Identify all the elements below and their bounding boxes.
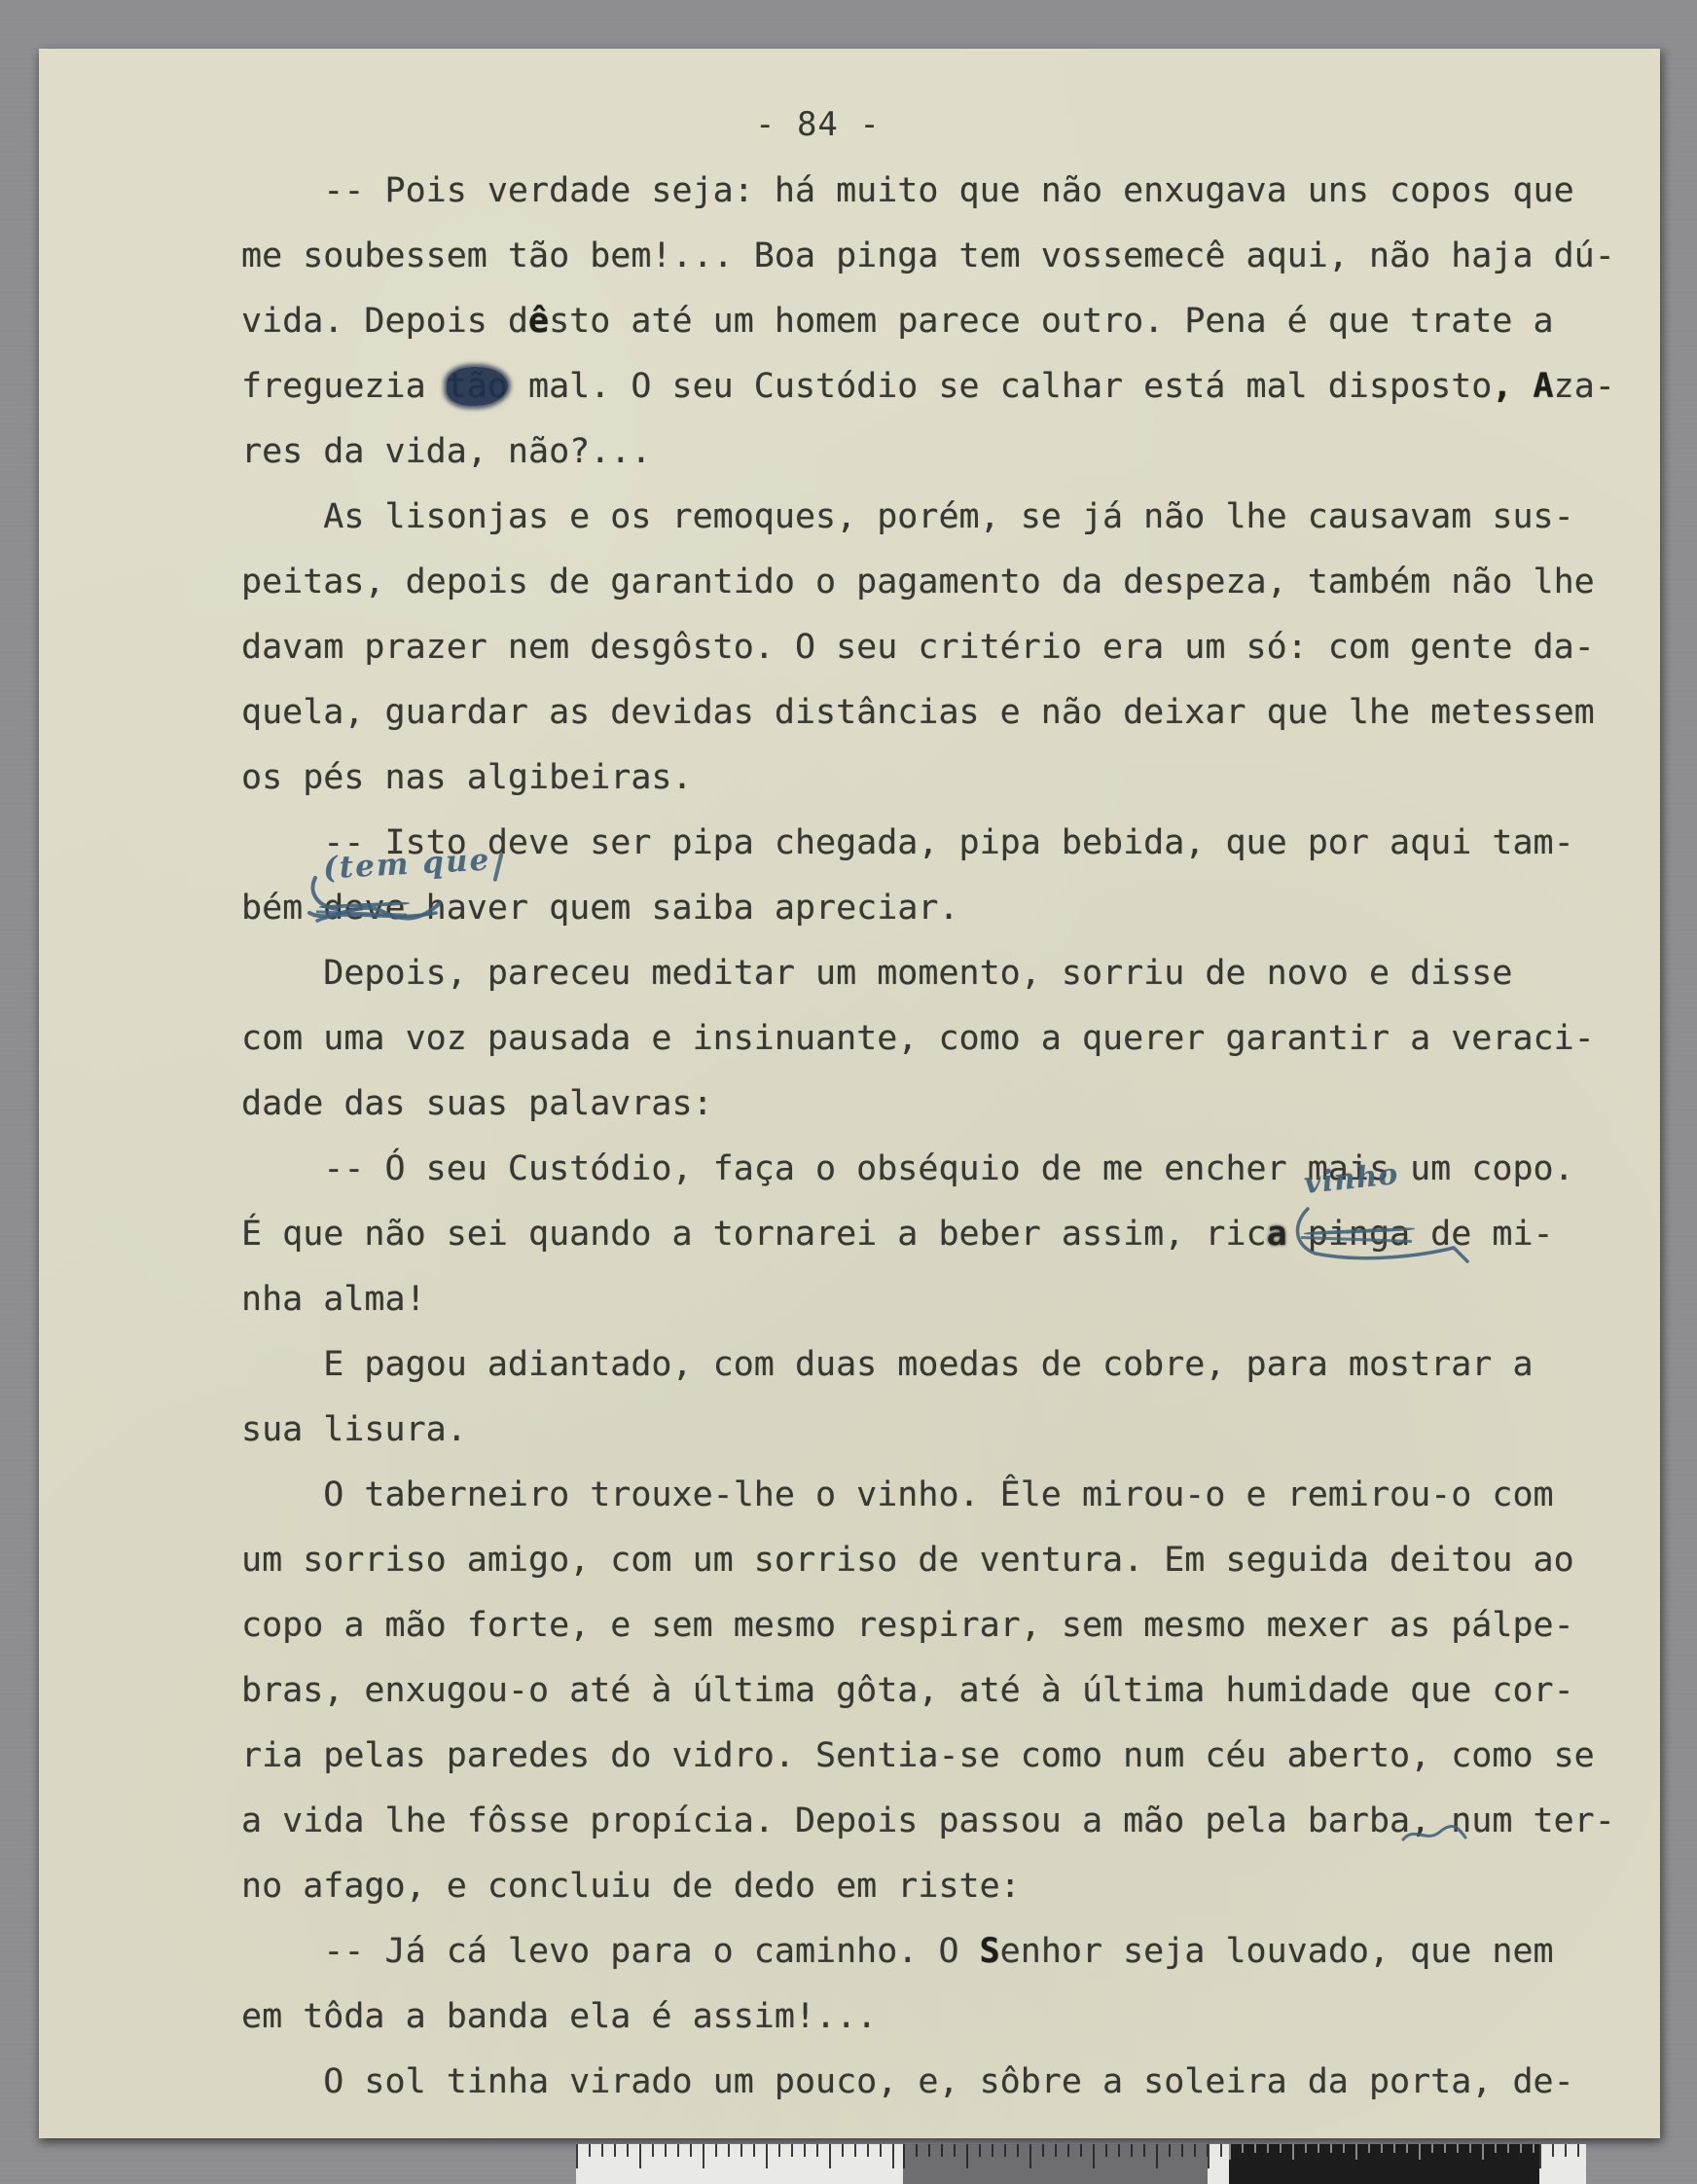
text-line: res da vida, não?...: [241, 431, 651, 472]
text-line: em tôda a banda ela é assim!...: [241, 1996, 877, 2037]
text-line: Depois, pareceu meditar um momento, sorr…: [241, 953, 1512, 994]
calibration-ruler: [576, 2144, 1586, 2184]
text-line: ria pelas paredes do vidro. Sentia-se co…: [241, 1735, 1595, 1776]
ruler-segment-black: [1229, 2144, 1539, 2184]
text-line: copo a mão forte, e sem mesmo respirar, …: [241, 1605, 1574, 1646]
text-line: no afago, e concluiu de dedo em riste:: [241, 1866, 1021, 1907]
text-line: bras, enxugou-o até à última gôta, até à…: [241, 1670, 1574, 1711]
text-line: E pagou adiantado, com duas moedas de co…: [241, 1344, 1534, 1385]
page-number: - 84 -: [755, 105, 881, 144]
text-line: peitas, depois de garantido o pagamento …: [241, 562, 1595, 602]
text-line: me soubessem tão bem!... Boa pinga tem v…: [241, 236, 1615, 276]
text-line: -- Já cá levo para o caminho. O Senhor s…: [241, 1931, 1554, 1972]
ruler-segment-white-end: [1539, 2144, 1586, 2184]
ink-scribble-deve-icon: [302, 864, 448, 927]
ink-squiggle-num-icon: [1399, 1818, 1469, 1849]
text-line: vida. Depois dêsto até um homem parece o…: [241, 301, 1554, 342]
photo-background: { "page": { "number": "- 84 -" }, "color…: [0, 0, 1697, 2184]
ruler-segment-white-sliver: [1208, 2144, 1229, 2184]
ruler-segment-white: [576, 2144, 903, 2184]
document-page: - 84 - -- Pois verdade seja: há muito qu…: [39, 49, 1660, 2138]
text-line: -- Pois verdade seja: há muito que não e…: [241, 170, 1574, 211]
ruler-segment-gray: [903, 2144, 1208, 2184]
ink-bracket-vinho-icon: [1286, 1203, 1481, 1265]
text-line: O sol tinha virado um pouco, e, sôbre a …: [241, 2061, 1574, 2102]
text-line: dade das suas palavras:: [241, 1083, 713, 1124]
text-line: nha alma!: [241, 1279, 426, 1320]
text-line: sua lisura.: [241, 1409, 467, 1450]
text-line: freguezia tão mal. O seu Custódio se cal…: [241, 366, 1615, 407]
text-line: O taberneiro trouxe-lhe o vinho. Êle mir…: [241, 1474, 1554, 1515]
text-line: As lisonjas e os remoques, porém, se já …: [241, 496, 1574, 537]
text-line: quela, guardar as devidas distâncias e n…: [241, 692, 1595, 733]
text-line: davam prazer nem desgôsto. O seu critéri…: [241, 627, 1595, 668]
text-line: um sorriso amigo, com um sorriso de vent…: [241, 1540, 1574, 1581]
text-line: os pés nas algibeiras.: [241, 757, 693, 798]
text-line: com uma voz pausada e insinuante, como a…: [241, 1018, 1595, 1059]
